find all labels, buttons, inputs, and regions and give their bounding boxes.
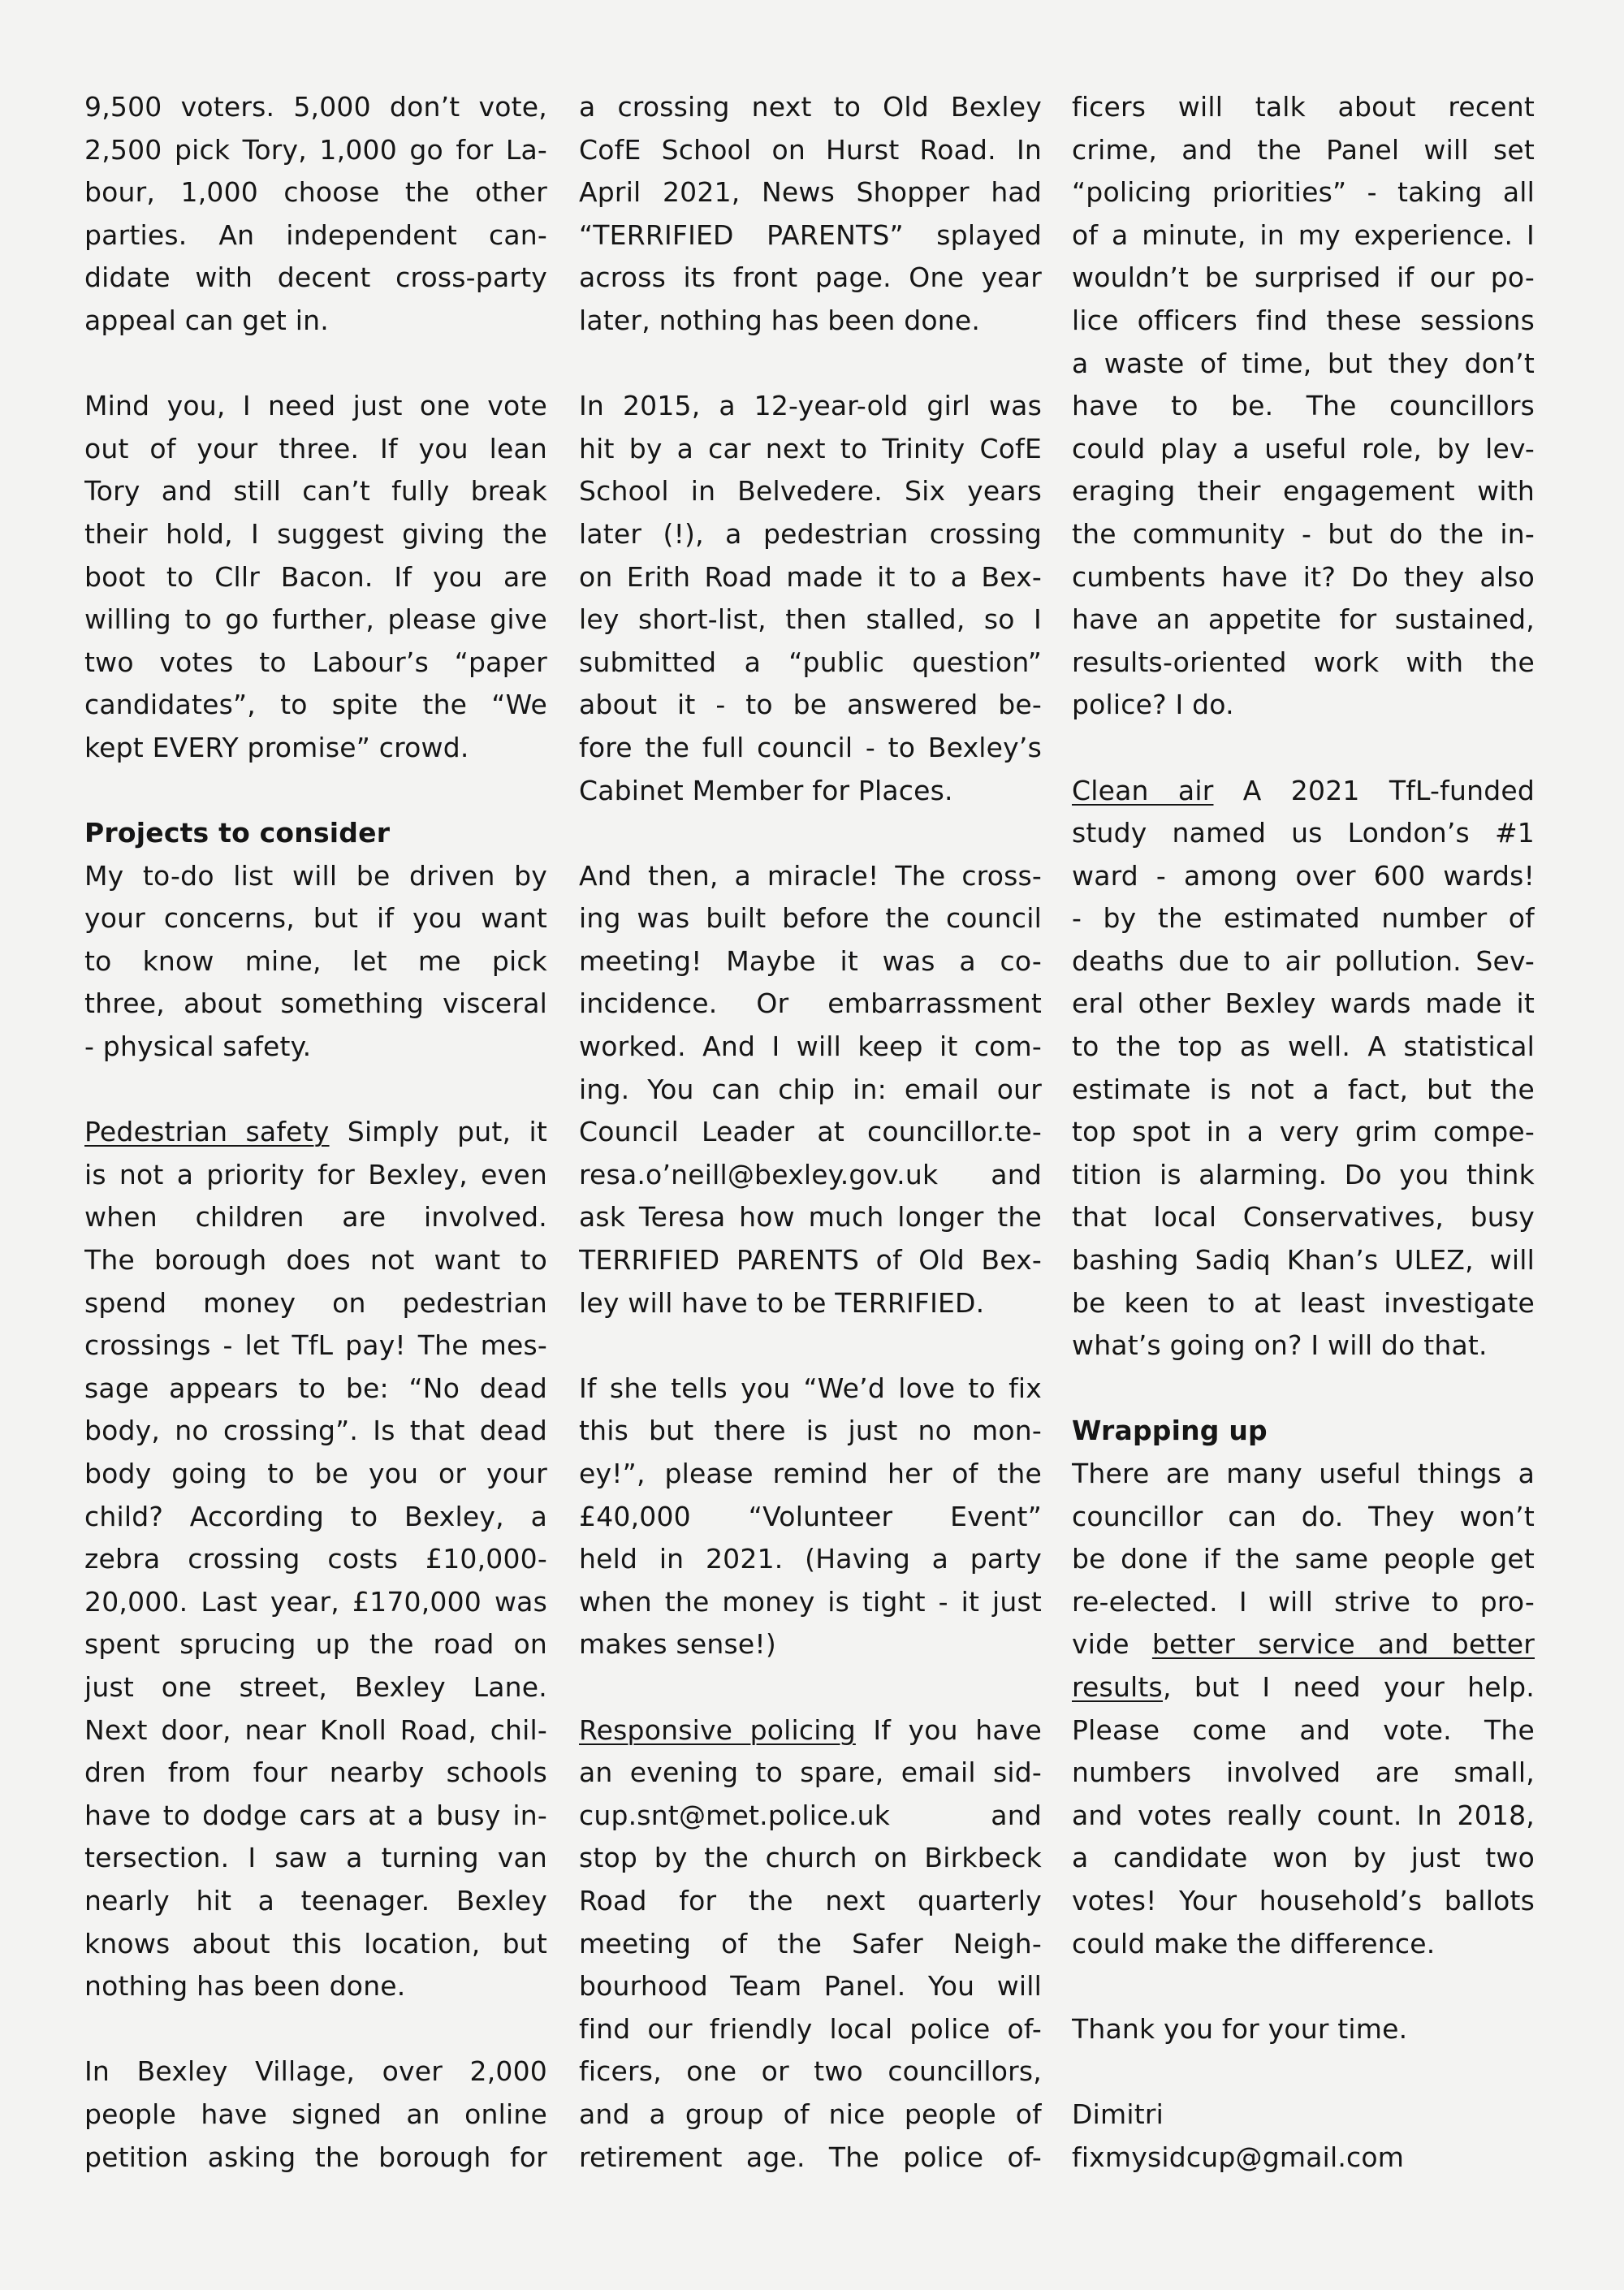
text-run: to know mine, let me pick bbox=[84, 945, 547, 977]
text-line: of a minute, in my experience. I bbox=[1072, 214, 1535, 257]
paragraph-gap bbox=[84, 2008, 547, 2051]
text-line: councillor can do. They won’t bbox=[1072, 1496, 1535, 1539]
text-line: a waste of time, but they don’t bbox=[1072, 343, 1535, 386]
text-run: a waste of time, but they don’t bbox=[1072, 348, 1535, 379]
text-line: ey!”, please remind her of the bbox=[579, 1453, 1042, 1496]
text-run: incidence. Or embarrassment bbox=[579, 987, 1042, 1019]
underlined-label: Clean air bbox=[1072, 775, 1213, 806]
text-run: a crossing next to Old Bexley bbox=[579, 91, 1042, 123]
text-column-3: ficers will talk about recentcrime, and … bbox=[1072, 86, 1535, 2179]
text-run: have an appetite for sustained, bbox=[1072, 603, 1535, 635]
text-line: My to-do list will be driven by bbox=[84, 855, 547, 898]
text-run: could make the difference. bbox=[1072, 1928, 1435, 1959]
text-run: Please come and vote. The bbox=[1072, 1714, 1535, 1746]
text-run: ficers, one or two councillors, bbox=[579, 2055, 1042, 2087]
text-line: School in Belvedere. Six years bbox=[579, 470, 1042, 513]
text-line: sage appears to be: “No dead bbox=[84, 1368, 547, 1411]
text-line: meeting! Maybe it was a co- bbox=[579, 940, 1042, 983]
text-line: Next door, near Knoll Road, chil- bbox=[84, 1709, 547, 1752]
text-run: April 2021, News Shopper had bbox=[579, 176, 1042, 208]
text-line: about it - to be answered be- bbox=[579, 684, 1042, 727]
text-line: 2,500 pick Tory, 1,000 go for La- bbox=[84, 129, 547, 172]
text-line: zebra crossing costs £10,000- bbox=[84, 1538, 547, 1581]
text-run: And then, a miracle! The cross- bbox=[579, 860, 1042, 892]
text-run: Mind you, I need just one vote bbox=[84, 390, 547, 421]
text-line: could make the difference. bbox=[1072, 1923, 1535, 1966]
text-line: results, but I need your help. bbox=[1072, 1666, 1535, 1709]
text-run: that local Conservatives, busy bbox=[1072, 1201, 1535, 1233]
text-line: knows about this location, but bbox=[84, 1923, 547, 1966]
text-run: petition asking the borough for bbox=[84, 2141, 547, 2173]
text-run: eral other Bexley wards made it bbox=[1072, 987, 1535, 1019]
text-line: candidates”, to spite the “We bbox=[84, 684, 547, 727]
text-run: be done if the same people get bbox=[1072, 1543, 1535, 1575]
text-run: have to be. The councillors bbox=[1072, 390, 1535, 421]
text-run: didate with decent cross-party bbox=[84, 261, 547, 293]
text-line: child? According to Bexley, a bbox=[84, 1496, 547, 1539]
text-line: have to dodge cars at a busy in- bbox=[84, 1795, 547, 1838]
text-run: and a group of nice people of bbox=[579, 2098, 1042, 2130]
text-line: a candidate won by just two bbox=[1072, 1837, 1535, 1880]
text-run: Simply put, it bbox=[330, 1116, 547, 1147]
text-line: ing. You can chip in: email our bbox=[579, 1069, 1042, 1112]
text-run: to the top as well. A statistical bbox=[1072, 1030, 1535, 1062]
text-line: Mind you, I need just one vote bbox=[84, 385, 547, 428]
text-run: ficers will talk about recent bbox=[1072, 91, 1535, 123]
text-run: CofE School on Hurst Road. In bbox=[579, 134, 1042, 166]
text-run: a candidate won by just two bbox=[1072, 1842, 1535, 1873]
text-line: vide better service and better bbox=[1072, 1623, 1535, 1666]
text-run: later, nothing has been done. bbox=[579, 305, 980, 336]
text-run: dren from four nearby schools bbox=[84, 1756, 547, 1788]
text-line: spend money on pedestrian bbox=[84, 1282, 547, 1325]
paragraph-gap bbox=[579, 1324, 1042, 1368]
text-line: fore the full council - to Bexley’s bbox=[579, 727, 1042, 770]
text-run: re-elected. I will strive to pro- bbox=[1072, 1586, 1535, 1618]
text-run: Wrapping up bbox=[1072, 1415, 1268, 1446]
text-line: meeting of the Safer Neigh- bbox=[579, 1923, 1042, 1966]
text-run: top spot in a very grim compe- bbox=[1072, 1116, 1535, 1147]
text-run: ley will have to be TERRIFIED. bbox=[579, 1287, 984, 1319]
text-run: on Erith Road made it to a Bex- bbox=[579, 561, 1042, 593]
text-run: vide bbox=[1072, 1628, 1152, 1660]
text-line: ficers, one or two councillors, bbox=[579, 2050, 1042, 2093]
underlined-label: Pedestrian safety bbox=[84, 1116, 330, 1147]
text-line: bour, 1,000 choose the other bbox=[84, 171, 547, 214]
text-line: later (!), a pedestrian crossing bbox=[579, 513, 1042, 556]
text-run: boot to Cllr Bacon. If you are bbox=[84, 561, 547, 593]
text-run: crime, and the Panel will set bbox=[1072, 134, 1535, 166]
text-run: study named us London’s #1 bbox=[1072, 817, 1535, 849]
text-run: meeting! Maybe it was a co- bbox=[579, 945, 1042, 977]
text-run: ing. You can chip in: email our bbox=[579, 1074, 1042, 1105]
text-run: bashing Sadiq Khan’s ULEZ, will bbox=[1072, 1244, 1535, 1276]
text-run: The borough does not want to bbox=[84, 1244, 547, 1276]
text-run: kept EVERY promise” crowd. bbox=[84, 732, 469, 763]
text-line: to the top as well. A statistical bbox=[1072, 1026, 1535, 1069]
text-line: Responsive policing If you have bbox=[579, 1709, 1042, 1752]
text-line: tersection. I saw a turning van bbox=[84, 1837, 547, 1880]
text-run: Council Leader at councillor.te- bbox=[579, 1116, 1042, 1147]
text-run: spent sprucing up the road on bbox=[84, 1628, 547, 1660]
text-run: lice officers find these sessions bbox=[1072, 305, 1535, 336]
text-line: And then, a miracle! The cross- bbox=[579, 855, 1042, 898]
text-line: “policing priorities” - taking all bbox=[1072, 171, 1535, 214]
text-line: stop by the church on Birkbeck bbox=[579, 1837, 1042, 1880]
text-run: tition is alarming. Do you think bbox=[1072, 1159, 1535, 1190]
text-line: nothing has been done. bbox=[84, 1965, 547, 2008]
text-run: cup.snt@met.police.uk and bbox=[579, 1800, 1042, 1831]
text-line: out of your three. If you lean bbox=[84, 428, 547, 471]
text-line: your concerns, but if you want bbox=[84, 897, 547, 940]
text-line: to know mine, let me pick bbox=[84, 940, 547, 983]
text-line: on Erith Road made it to a Bex- bbox=[579, 556, 1042, 599]
text-run: spend money on pedestrian bbox=[84, 1287, 547, 1319]
text-run: later (!), a pedestrian crossing bbox=[579, 518, 1042, 550]
text-line: lice officers find these sessions bbox=[1072, 300, 1535, 343]
text-run: resa.o’neill@bexley.gov.uk and bbox=[579, 1159, 1042, 1190]
text-line: dren from four nearby schools bbox=[84, 1752, 547, 1795]
text-run: child? According to Bexley, a bbox=[84, 1501, 547, 1532]
paragraph-gap bbox=[1072, 727, 1535, 770]
paragraph-gap bbox=[579, 1666, 1042, 1709]
text-run: knows about this location, but bbox=[84, 1928, 547, 1959]
text-run: nothing has been done. bbox=[84, 1970, 406, 2002]
underlined-label: results bbox=[1072, 1671, 1163, 1703]
text-line: tition is alarming. Do you think bbox=[1072, 1154, 1535, 1197]
text-line: “TERRIFIED PARENTS” splayed bbox=[579, 214, 1042, 257]
text-line: Dimitri bbox=[1072, 2093, 1535, 2137]
text-run: fore the full council - to Bexley’s bbox=[579, 732, 1042, 763]
paragraph-gap bbox=[1072, 1368, 1535, 1411]
text-line: cumbents have it? Do they also bbox=[1072, 556, 1535, 599]
text-run: bourhood Team Panel. You will bbox=[579, 1970, 1042, 2002]
text-run: this but there is just no mon- bbox=[579, 1415, 1042, 1446]
text-line: held in 2021. (Having a party bbox=[579, 1538, 1042, 1581]
text-line: crossings - let TfL pay! The mes- bbox=[84, 1324, 547, 1368]
paragraph-gap bbox=[84, 343, 547, 386]
text-run: find our friendly local police of- bbox=[579, 2013, 1042, 2045]
newsletter-page: 9,500 voters. 5,000 don’t vote,2,500 pic… bbox=[0, 0, 1624, 2290]
text-line: 9,500 voters. 5,000 don’t vote, bbox=[84, 86, 547, 129]
text-line: April 2021, News Shopper had bbox=[579, 171, 1042, 214]
text-run: submitted a “public question” bbox=[579, 646, 1042, 678]
text-line: the community - but do the in- bbox=[1072, 513, 1535, 556]
text-run: £40,000 “Volunteer Event” bbox=[579, 1501, 1042, 1532]
text-line: two votes to Labour’s “paper bbox=[84, 642, 547, 685]
text-line: people have signed an online bbox=[84, 2093, 547, 2137]
text-line: submitted a “public question” bbox=[579, 642, 1042, 685]
text-line: later, nothing has been done. bbox=[579, 300, 1042, 343]
text-run: nearly hit a teenager. Bexley bbox=[84, 1885, 547, 1916]
text-run: sage appears to be: “No dead bbox=[84, 1372, 547, 1404]
text-line: Please come and vote. The bbox=[1072, 1709, 1535, 1752]
text-run: A 2021 TfL-funded bbox=[1213, 775, 1535, 806]
text-line: when children are involved. bbox=[84, 1196, 547, 1239]
text-line: a crossing next to Old Bexley bbox=[579, 86, 1042, 129]
text-line: three, about something visceral bbox=[84, 983, 547, 1026]
paragraph-gap bbox=[1072, 1965, 1535, 2008]
text-line: worked. And I will keep it com- bbox=[579, 1026, 1042, 1069]
text-run: three, about something visceral bbox=[84, 987, 547, 1019]
text-line: petition asking the borough for bbox=[84, 2137, 547, 2180]
text-line: have to be. The councillors bbox=[1072, 385, 1535, 428]
text-run: estimate is not a fact, but the bbox=[1072, 1074, 1535, 1105]
text-line: across its front page. One year bbox=[579, 257, 1042, 300]
text-line: is not a priority for Bexley, even bbox=[84, 1154, 547, 1197]
text-run: ask Teresa how much longer the bbox=[579, 1201, 1042, 1233]
text-line: police? I do. bbox=[1072, 684, 1535, 727]
text-line: retirement age. The police of- bbox=[579, 2137, 1042, 2180]
text-line: what’s going on? I will do that. bbox=[1072, 1324, 1535, 1368]
text-run: when the money is tight - it just bbox=[579, 1586, 1042, 1618]
text-run: retirement age. The police of- bbox=[579, 2141, 1042, 2173]
text-run: numbers involved are small, bbox=[1072, 1756, 1535, 1788]
text-run: bour, 1,000 choose the other bbox=[84, 176, 547, 208]
text-run: willing to go further, please give bbox=[84, 603, 547, 635]
paragraph-gap bbox=[579, 812, 1042, 855]
text-line: 20,000. Last year, £170,000 was bbox=[84, 1581, 547, 1624]
text-run: ley short-list, then stalled, so I bbox=[579, 603, 1042, 635]
text-run: cumbents have it? Do they also bbox=[1072, 561, 1535, 593]
paragraph-gap bbox=[579, 343, 1042, 386]
text-column-1: 9,500 voters. 5,000 don’t vote,2,500 pic… bbox=[84, 86, 547, 2179]
text-line: - by the estimated number of bbox=[1072, 897, 1535, 940]
text-run: when children are involved. bbox=[84, 1201, 547, 1233]
text-line: - physical safety. bbox=[84, 1026, 547, 1069]
text-line: kept EVERY promise” crowd. bbox=[84, 727, 547, 770]
text-run: My to-do list will be driven by bbox=[84, 860, 547, 892]
text-run: There are many useful things a bbox=[1072, 1458, 1535, 1489]
text-line: bashing Sadiq Khan’s ULEZ, will bbox=[1072, 1239, 1535, 1282]
text-line: nearly hit a teenager. Bexley bbox=[84, 1880, 547, 1923]
text-line: resa.o’neill@bexley.gov.uk and bbox=[579, 1154, 1042, 1197]
text-line: The borough does not want to bbox=[84, 1239, 547, 1282]
text-line: numbers involved are small, bbox=[1072, 1752, 1535, 1795]
text-run: tersection. I saw a turning van bbox=[84, 1842, 547, 1873]
text-run: police? I do. bbox=[1072, 689, 1234, 720]
text-line: votes! Your household’s ballots bbox=[1072, 1880, 1535, 1923]
text-line: hit by a car next to Trinity CofE bbox=[579, 428, 1042, 471]
text-line: didate with decent cross-party bbox=[84, 257, 547, 300]
text-line: eraging their engagement with bbox=[1072, 470, 1535, 513]
text-run: Cabinet Member for Places. bbox=[579, 775, 953, 806]
text-run: stop by the church on Birkbeck bbox=[579, 1842, 1042, 1873]
text-line: Tory and still can’t fully break bbox=[84, 470, 547, 513]
text-run: - physical safety. bbox=[84, 1030, 311, 1062]
text-run: wouldn’t be surprised if our po- bbox=[1072, 261, 1535, 293]
text-run: ey!”, please remind her of the bbox=[579, 1458, 1042, 1489]
text-run: fixmysidcup@gmail.com bbox=[1072, 2141, 1404, 2173]
text-line: fixmysidcup@gmail.com bbox=[1072, 2137, 1535, 2180]
text-line: ing was built before the council bbox=[579, 897, 1042, 940]
text-line: £40,000 “Volunteer Event” bbox=[579, 1496, 1042, 1539]
text-line: could play a useful role, by lev- bbox=[1072, 428, 1535, 471]
text-run: TERRIFIED PARENTS of Old Bex- bbox=[579, 1244, 1042, 1276]
text-run: If she tells you “We’d love to fix bbox=[579, 1372, 1042, 1404]
underlined-label: Responsive policing bbox=[579, 1714, 856, 1746]
text-line: just one street, Bexley Lane. bbox=[84, 1666, 547, 1709]
text-run: zebra crossing costs £10,000- bbox=[84, 1543, 547, 1575]
text-run: “policing priorities” - taking all bbox=[1072, 176, 1535, 208]
text-run: Dimitri bbox=[1072, 2098, 1164, 2130]
text-line: Thank you for your time. bbox=[1072, 2008, 1535, 2051]
text-line: find our friendly local police of- bbox=[579, 2008, 1042, 2051]
text-line: ask Teresa how much longer the bbox=[579, 1196, 1042, 1239]
text-line: Pedestrian safety Simply put, it bbox=[84, 1111, 547, 1154]
text-line: and votes really count. In 2018, bbox=[1072, 1795, 1535, 1838]
text-run: could play a useful role, by lev- bbox=[1072, 433, 1535, 464]
text-run: ing was built before the council bbox=[579, 902, 1042, 934]
text-run: makes sense!) bbox=[579, 1628, 776, 1660]
text-line: Road for the next quarterly bbox=[579, 1880, 1042, 1923]
text-run: have to dodge cars at a busy in- bbox=[84, 1800, 547, 1831]
text-run: “TERRIFIED PARENTS” splayed bbox=[579, 219, 1042, 251]
text-line: when the money is tight - it just bbox=[579, 1581, 1042, 1624]
text-run: Tory and still can’t fully break bbox=[84, 475, 547, 507]
text-line: boot to Cllr Bacon. If you are bbox=[84, 556, 547, 599]
paragraph-gap bbox=[84, 1069, 547, 1112]
text-run: and votes really count. In 2018, bbox=[1072, 1800, 1535, 1831]
text-line: appeal can get in. bbox=[84, 300, 547, 343]
text-line: CofE School on Hurst Road. In bbox=[579, 129, 1042, 172]
text-line: incidence. Or embarrassment bbox=[579, 983, 1042, 1026]
text-run: body going to be you or your bbox=[84, 1458, 547, 1489]
text-run: parties. An independent can- bbox=[84, 219, 547, 251]
text-line: and a group of nice people of bbox=[579, 2093, 1042, 2137]
text-run: appeal can get in. bbox=[84, 305, 329, 336]
text-run: body, no crossing”. Is that dead bbox=[84, 1415, 547, 1446]
text-run: your concerns, but if you want bbox=[84, 902, 547, 934]
text-line: ley short-list, then stalled, so I bbox=[579, 598, 1042, 642]
text-run: their hold, I suggest giving the bbox=[84, 518, 547, 550]
text-run: worked. And I will keep it com- bbox=[579, 1030, 1042, 1062]
text-run: what’s going on? I will do that. bbox=[1072, 1329, 1488, 1361]
text-line: ward - among over 600 wards! bbox=[1072, 855, 1535, 898]
text-run: crossings - let TfL pay! The mes- bbox=[84, 1329, 547, 1361]
text-run: deaths due to air pollution. Sev- bbox=[1072, 945, 1535, 977]
text-line: Clean air A 2021 TfL-funded bbox=[1072, 770, 1535, 813]
text-line: spent sprucing up the road on bbox=[84, 1623, 547, 1666]
text-run: hit by a car next to Trinity CofE bbox=[579, 433, 1042, 464]
text-column-2: a crossing next to Old BexleyCofE School… bbox=[579, 86, 1042, 2179]
text-line: willing to go further, please give bbox=[84, 598, 547, 642]
text-line: ley will have to be TERRIFIED. bbox=[579, 1282, 1042, 1325]
text-line: TERRIFIED PARENTS of Old Bex- bbox=[579, 1239, 1042, 1282]
section-heading: Wrapping up bbox=[1072, 1410, 1535, 1453]
text-line: deaths due to air pollution. Sev- bbox=[1072, 940, 1535, 983]
text-line: makes sense!) bbox=[579, 1623, 1042, 1666]
text-line: estimate is not a fact, but the bbox=[1072, 1069, 1535, 1112]
text-line: There are many useful things a bbox=[1072, 1453, 1535, 1496]
text-run: Road for the next quarterly bbox=[579, 1885, 1042, 1916]
text-line: eral other Bexley wards made it bbox=[1072, 983, 1535, 1026]
text-run: out of your three. If you lean bbox=[84, 433, 547, 464]
text-run: people have signed an online bbox=[84, 2098, 547, 2130]
text-run: the community - but do the in- bbox=[1072, 518, 1535, 550]
text-line: this but there is just no mon- bbox=[579, 1410, 1042, 1453]
text-run: eraging their engagement with bbox=[1072, 475, 1535, 507]
underlined-label: better service and better bbox=[1152, 1628, 1535, 1660]
text-run: In 2015, a 12-year-old girl was bbox=[579, 390, 1042, 421]
text-line: be keen to at least investigate bbox=[1072, 1282, 1535, 1325]
text-line: ficers will talk about recent bbox=[1072, 86, 1535, 129]
text-run: Thank you for your time. bbox=[1072, 2013, 1407, 2045]
text-line: If she tells you “We’d love to fix bbox=[579, 1368, 1042, 1411]
text-run: School in Belvedere. Six years bbox=[579, 475, 1042, 507]
text-run: held in 2021. (Having a party bbox=[579, 1543, 1042, 1575]
text-run: 9,500 voters. 5,000 don’t vote, bbox=[84, 91, 547, 123]
text-line: have an appetite for sustained, bbox=[1072, 598, 1535, 642]
section-heading: Projects to consider bbox=[84, 812, 547, 855]
text-run: is not a priority for Bexley, even bbox=[84, 1159, 547, 1190]
text-run: - by the estimated number of bbox=[1072, 902, 1535, 934]
text-line: parties. An independent can- bbox=[84, 214, 547, 257]
text-run: be keen to at least investigate bbox=[1072, 1287, 1535, 1319]
text-line: results-oriented work with the bbox=[1072, 642, 1535, 685]
text-line: cup.snt@met.police.uk and bbox=[579, 1795, 1042, 1838]
text-line: body, no crossing”. Is that dead bbox=[84, 1410, 547, 1453]
text-run: candidates”, to spite the “We bbox=[84, 689, 547, 720]
text-run: , but I need your help. bbox=[1163, 1671, 1535, 1703]
text-line: crime, and the Panel will set bbox=[1072, 129, 1535, 172]
text-run: two votes to Labour’s “paper bbox=[84, 646, 547, 678]
text-line: be done if the same people get bbox=[1072, 1538, 1535, 1581]
text-line: that local Conservatives, busy bbox=[1072, 1196, 1535, 1239]
text-line: wouldn’t be surprised if our po- bbox=[1072, 257, 1535, 300]
text-line: Cabinet Member for Places. bbox=[579, 770, 1042, 813]
text-line: an evening to spare, email sid- bbox=[579, 1752, 1042, 1795]
text-line: top spot in a very grim compe- bbox=[1072, 1111, 1535, 1154]
text-run: ward - among over 600 wards! bbox=[1072, 860, 1535, 892]
text-run: Next door, near Knoll Road, chil- bbox=[84, 1714, 547, 1746]
text-run: meeting of the Safer Neigh- bbox=[579, 1928, 1042, 1959]
text-line: study named us London’s #1 bbox=[1072, 812, 1535, 855]
paragraph-gap bbox=[1072, 2050, 1535, 2093]
text-run: 2,500 pick Tory, 1,000 go for La- bbox=[84, 134, 547, 166]
text-run: councillor can do. They won’t bbox=[1072, 1501, 1535, 1532]
text-line: their hold, I suggest giving the bbox=[84, 513, 547, 556]
paragraph-gap bbox=[84, 770, 547, 813]
text-run: about it - to be answered be- bbox=[579, 689, 1042, 720]
text-run: results-oriented work with the bbox=[1072, 646, 1535, 678]
text-line: re-elected. I will strive to pro- bbox=[1072, 1581, 1535, 1624]
text-run: across its front page. One year bbox=[579, 261, 1042, 293]
text-run: Projects to consider bbox=[84, 817, 390, 849]
text-run: votes! Your household’s ballots bbox=[1072, 1885, 1535, 1916]
text-line: Council Leader at councillor.te- bbox=[579, 1111, 1042, 1154]
text-run: an evening to spare, email sid- bbox=[579, 1756, 1042, 1788]
text-run: 20,000. Last year, £170,000 was bbox=[84, 1586, 547, 1618]
text-line: body going to be you or your bbox=[84, 1453, 547, 1496]
text-run: In Bexley Village, over 2,000 bbox=[84, 2055, 547, 2087]
text-run: of a minute, in my experience. I bbox=[1072, 219, 1535, 251]
text-line: In Bexley Village, over 2,000 bbox=[84, 2050, 547, 2093]
text-run: If you have bbox=[856, 1714, 1042, 1746]
text-line: In 2015, a 12-year-old girl was bbox=[579, 385, 1042, 428]
text-run: just one street, Bexley Lane. bbox=[84, 1671, 547, 1703]
text-line: bourhood Team Panel. You will bbox=[579, 1965, 1042, 2008]
